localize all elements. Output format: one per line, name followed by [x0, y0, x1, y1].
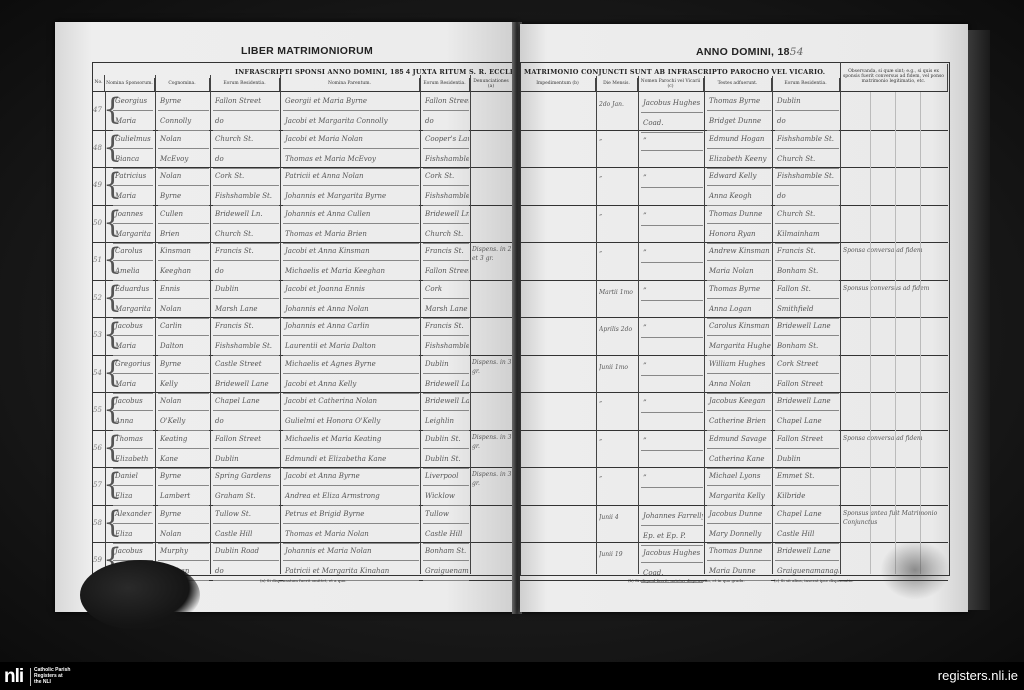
- column-line: [596, 76, 597, 574]
- spouse-residence: Bridewell Ln.Church St.: [213, 207, 279, 247]
- marriage-date: ”: [599, 475, 639, 484]
- entry-number: 47: [93, 106, 102, 114]
- spouse-names: JoannesMargarita: [113, 207, 153, 247]
- parents-names: Michaelis et Agnes ByrneJacobi et Anna K…: [283, 357, 419, 397]
- spouse-residence: Francis St.do: [213, 244, 279, 284]
- witnesses-residence: Francis St.Bonham St.: [775, 244, 839, 284]
- marriage-date: ”: [599, 400, 639, 409]
- priest-name: ”: [641, 246, 703, 266]
- left-column-header: Nomina Sponsorum.: [105, 78, 155, 91]
- spouse-names: EduardusMargarita: [113, 282, 153, 322]
- surnames: ByrneLambert: [158, 469, 209, 509]
- witnesses: Thomas ByrneAnna Logan: [707, 282, 771, 322]
- faint-rule: [895, 92, 896, 574]
- spouse-residence: Tullow St.Castle Hill: [213, 507, 279, 547]
- witnesses: Thomas DunneHonora Ryan: [707, 207, 771, 247]
- page-smudge: [880, 540, 950, 600]
- right-column-header: Impedimentum (b): [520, 78, 596, 91]
- column-line: [772, 76, 773, 574]
- priest-name: ”: [641, 321, 703, 341]
- parents-residence: Bridewell Ln.Church St.: [423, 207, 469, 247]
- marriage-date: Martii 1mo: [599, 288, 639, 297]
- surnames: CullenBrien: [158, 207, 209, 247]
- marriage-date: Junii 4: [599, 513, 639, 522]
- marriage-date: ”: [599, 175, 639, 184]
- spouse-residence: Fallon Streetdo: [213, 94, 279, 134]
- surnames: EnnisNolan: [158, 282, 209, 322]
- divider: [93, 91, 513, 92]
- column-line: [105, 91, 106, 574]
- priest-name: ”: [641, 434, 703, 454]
- surnames: ByrneNolan: [158, 507, 209, 547]
- entry-number: 55: [93, 406, 102, 414]
- marriage-date: ”: [599, 250, 639, 259]
- marriage-date: Junii 19: [599, 550, 639, 559]
- spouse-residence: Cork St.Fishshamble St.: [213, 169, 279, 209]
- spouse-residence: Church St.do: [213, 132, 279, 172]
- spouse-residence: Spring GardensGraham St.: [213, 469, 279, 509]
- book-edge: [968, 30, 990, 610]
- logo-separator: [30, 668, 31, 686]
- spouse-names: JacobusMaria: [113, 319, 153, 359]
- witnesses-residence: Church St.Kilmainham: [775, 207, 839, 247]
- nli-logo[interactable]: nli: [4, 667, 23, 686]
- left-column-header: Eorum Residentia.: [420, 78, 470, 91]
- spouse-names: PatriciusMaria: [113, 169, 153, 209]
- priest-name: Jacobus HughesCoad.: [641, 96, 703, 136]
- parents-residence: Cork St.Fishshamble St.: [423, 169, 469, 209]
- footer-bar: nli Catholic Parish Registers at the NLI…: [0, 662, 1024, 690]
- column-line: [840, 62, 841, 574]
- observations: Sponsa conversa ad fidem: [843, 434, 949, 443]
- spouse-residence: Chapel Lanedo: [213, 394, 279, 434]
- surnames: NolanO'Kelly: [158, 394, 209, 434]
- observations: Sponsus antea fuit Matrimonio Conjunctus: [843, 509, 949, 527]
- spouse-names: DanielEliza: [113, 469, 153, 509]
- surnames: NolanByrne: [158, 169, 209, 209]
- marriage-date: ”: [599, 438, 639, 447]
- parents-residence: Bridewell LaneLeighlin: [423, 394, 469, 434]
- left-column-header: Eorum Residentia.: [210, 78, 280, 91]
- parents-residence: Bonham St.Graiguenamanagh: [423, 544, 469, 584]
- entry-number: 54: [93, 369, 102, 377]
- denunciations: Dispens. in 2 et 3 gr.: [472, 245, 513, 263]
- parents-residence: Cooper's LaneFishshamble St.: [423, 132, 469, 172]
- thumb-shadow: [80, 560, 200, 630]
- parents-names: Jacobi et Maria NolanThomas et Maria McE…: [283, 132, 419, 172]
- spouse-names: GregoriusMaria: [113, 357, 153, 397]
- parents-names: Johannis et Anna CarlinLaurentii et Mari…: [283, 319, 419, 359]
- parents-names: Michaelis et Maria KeatingEdmundi et Eli…: [283, 432, 419, 472]
- witnesses: William HughesAnna Nolan: [707, 357, 771, 397]
- parents-residence: CorkMarsh Lane: [423, 282, 469, 322]
- parents-residence: Francis St.Fishshamble St.: [423, 319, 469, 359]
- entry-number: 49: [93, 181, 102, 189]
- entry-number: 52: [93, 294, 102, 302]
- priest-name: ”: [641, 171, 703, 191]
- witnesses-residence: Bridewell LaneBonham St.: [775, 319, 839, 359]
- witnesses: Edward KellyAnna Keogh: [707, 169, 771, 209]
- witnesses: Jacobus KeeganCatherine Brien: [707, 394, 771, 434]
- entry-number: 53: [93, 331, 102, 339]
- parents-names: Georgii et Maria ByrneJacobi et Margarit…: [283, 94, 419, 134]
- witnesses-residence: Fishshamble St.do: [775, 169, 839, 209]
- nli-logo-subtitle: Catholic Parish Registers at the NLI: [34, 667, 70, 685]
- spouse-names: ThomasElizabeth: [113, 432, 153, 472]
- parents-names: Jacobi et Joanna EnnisJohannis et Anna N…: [283, 282, 419, 322]
- site-url-link[interactable]: registers.nli.ie: [938, 668, 1018, 683]
- parents-names: Jacobi et Anna KinsmanMichaelis et Maria…: [283, 244, 419, 284]
- left-column-header: No.: [93, 75, 105, 91]
- priest-name: ”: [641, 396, 703, 416]
- denunciations: Dispens. in 3 gr.: [472, 470, 513, 488]
- right-column-header: Nomen Parochi vel Vicarii (c): [638, 78, 704, 91]
- observations: Sponsa conversa ad fidem: [843, 246, 949, 255]
- witnesses-residence: Bridewell LaneChapel Lane: [775, 394, 839, 434]
- column-line: [704, 76, 705, 574]
- witnesses: Jacobus DunneMary Donnelly: [707, 507, 771, 547]
- entry-number: 48: [93, 144, 102, 152]
- surnames: ByrneConnolly: [158, 94, 209, 134]
- left-footnote: (a) Si dispensatum fuerit omittet, et a …: [260, 578, 347, 583]
- witnesses: Andrew KinsmanMaria Nolan: [707, 244, 771, 284]
- observations: Sponsus conversus ad fidem: [843, 284, 949, 293]
- priest-name: ”: [641, 359, 703, 379]
- right-header-banner: MATRIMONIO CONJUNCTI SUNT AB INFRASCRIPT…: [524, 68, 825, 76]
- right-footnote-c: (c) Si sit alius, inserat ipse dispensat…: [774, 578, 854, 583]
- image-viewer[interactable]: LIBER MATRIMONIORUM INFRASCRIPTI SPONSI …: [0, 0, 1024, 662]
- priest-name: ”: [641, 471, 703, 491]
- witnesses: Edmund HoganElizabeth Keeny: [707, 132, 771, 172]
- witnesses-residence: Fallon St.Smithfield: [775, 282, 839, 322]
- spouse-names: GeorgiusMaria: [113, 94, 153, 134]
- parents-residence: LiverpoolWicklow: [423, 469, 469, 509]
- surnames: ByrneKelly: [158, 357, 209, 397]
- entry-number: 59: [93, 556, 102, 564]
- priest-name: Johannes FarrellyEp. et Ep. P.: [641, 509, 703, 549]
- left-page: LIBER MATRIMONIORUM INFRASCRIPTI SPONSI …: [55, 22, 515, 612]
- entry-number: 50: [93, 219, 102, 227]
- right-column-header: Testes adfuerunt.: [704, 78, 772, 91]
- parents-names: Jacobi et Catherina NolanGulielmi et Hon…: [283, 394, 419, 434]
- spouse-residence: Fallon StreetDublin: [213, 432, 279, 472]
- denunciations: Dispens. in 3 gr.: [472, 433, 513, 451]
- witnesses-residence: Cork StreetFallon Street: [775, 357, 839, 397]
- column-line: [155, 75, 156, 574]
- spouse-names: CarolusAmelia: [113, 244, 153, 284]
- parents-names: Petrus et Brigid ByrneThomas et Maria No…: [283, 507, 419, 547]
- witnesses: Thomas ByrneBridget Dunne: [707, 94, 771, 134]
- witnesses-residence: Dublindo: [775, 94, 839, 134]
- divider: [520, 91, 948, 92]
- entry-number: 58: [93, 519, 102, 527]
- parents-residence: Dublin St.Dublin St.: [423, 432, 469, 472]
- entry-number: 51: [93, 256, 102, 264]
- right-page: ANNO DOMINI, 1854 MATRIMONIO CONJUNCTI S…: [520, 24, 968, 612]
- marriage-date: ”: [599, 138, 639, 147]
- surnames: KeatingKane: [158, 432, 209, 472]
- right-footnote-b: (b) Si aliquod fuerit, notetur dispensat…: [628, 578, 745, 583]
- left-page-title: LIBER MATRIMONIORUM: [241, 45, 373, 57]
- priest-name: ”: [641, 284, 703, 304]
- parents-residence: Fallon Streetdo: [423, 94, 469, 134]
- witnesses: Michael LyonsMargarita Kelly: [707, 469, 771, 509]
- right-column-header: Observanda, si quæ sint; e.g., si quis e…: [840, 64, 948, 91]
- witnesses-residence: Emmet St.Kilbride: [775, 469, 839, 509]
- entry-number: 56: [93, 444, 102, 452]
- surnames: NolanMcEvoy: [158, 132, 209, 172]
- spouse-names: JacobusAnna: [113, 394, 153, 434]
- left-column-header: Nomina Parentum.: [280, 78, 420, 91]
- right-column-header: Eorum Residentia.: [772, 78, 840, 91]
- spouse-residence: DublinMarsh Lane: [213, 282, 279, 322]
- marriage-date: Aprilis 2do: [599, 325, 639, 334]
- marriage-date: 2do Jan.: [599, 100, 639, 109]
- entry-number: 57: [93, 481, 102, 489]
- parents-names: Jacobi et Anna ByrneAndrea et Eliza Arms…: [283, 469, 419, 509]
- spouse-names: AlexanderEliza: [113, 507, 153, 547]
- faint-rule: [870, 92, 871, 574]
- parents-names: Johannis et Anna CullenThomas et Maria B…: [283, 207, 419, 247]
- parents-residence: Francis St.Fallon Street: [423, 244, 469, 284]
- spouse-residence: Castle StreetBridewell Lane: [213, 357, 279, 397]
- right-column-header: Die Mensis.: [596, 78, 638, 91]
- left-column-header: Denunciationes (a): [470, 78, 513, 91]
- parents-residence: DublinBridewell Lane: [423, 357, 469, 397]
- column-line: [638, 76, 639, 574]
- column-line: [420, 75, 421, 574]
- priest-name: ”: [641, 209, 703, 229]
- surnames: KinsmanKeeghan: [158, 244, 209, 284]
- priest-name: ”: [641, 134, 703, 154]
- witnesses: Carolus KinsmanMargarita Hughes: [707, 319, 771, 359]
- witnesses-residence: Chapel LaneCastle Hill: [775, 507, 839, 547]
- witnesses-residence: Fallon StreetDublin: [775, 432, 839, 472]
- witnesses-residence: Fishshamble St.Church St.: [775, 132, 839, 172]
- faint-rule: [920, 92, 921, 574]
- marriage-date: Junii 1mo: [599, 363, 639, 372]
- spouse-residence: Francis St.Fishshamble St.: [213, 319, 279, 359]
- right-page-title: ANNO DOMINI, 1854: [696, 46, 804, 58]
- left-column-header: Cognomina.: [155, 78, 210, 91]
- column-line: [210, 75, 211, 574]
- witnesses: Edmund SavageCatherina Kane: [707, 432, 771, 472]
- column-line: [470, 75, 471, 574]
- parents-names: Patricii et Anna NolanJohannis et Margar…: [283, 169, 419, 209]
- denunciations: Dispens. in 3 gr.: [472, 358, 513, 376]
- marriage-date: ”: [599, 213, 639, 222]
- column-line: [280, 75, 281, 574]
- parents-residence: TullowCastle Hill: [423, 507, 469, 547]
- spouse-names: GulielmusBianca: [113, 132, 153, 172]
- surnames: CarlinDalton: [158, 319, 209, 359]
